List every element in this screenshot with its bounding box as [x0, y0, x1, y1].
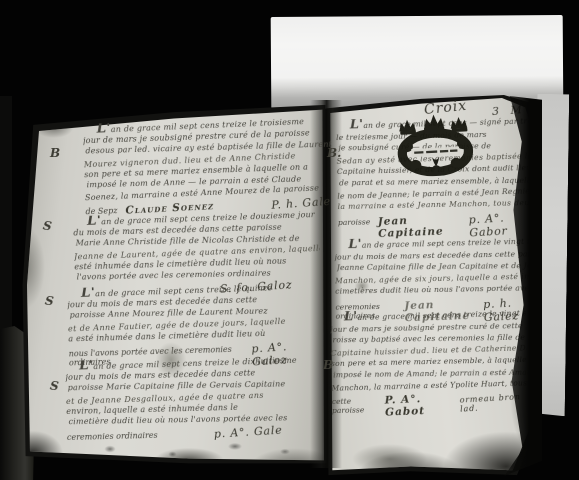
baptism-entry: L'an de grace mil sept cens treize le vi… — [330, 307, 528, 419]
burial-entry: L'an de grace mil sept cens treize le di… — [65, 354, 313, 443]
baptism-entry: L'an de grace mil sept cens treize le tr… — [82, 115, 331, 218]
entry-closing: cette paroisse P. A°. Gabot ormeau bron … — [332, 391, 528, 419]
background-shadow — [0, 96, 12, 332]
archival-scan: B S S S B. B Croix 3 M L'an de grace mil… — [0, 0, 579, 480]
margin-mark: B — [50, 146, 60, 160]
backing-sheet — [271, 15, 564, 109]
signature-name: P. A°. Gabot — [384, 392, 452, 419]
closing-text: ceremonies ordinaires — [67, 431, 158, 442]
closing-text: paroisse — [338, 217, 370, 227]
margin-mark: S — [44, 294, 54, 309]
closing-text: cette paroisse — [332, 396, 377, 415]
margin-mark: S — [49, 379, 59, 394]
generalite-stamp-icon — [387, 112, 482, 179]
margin-mark: S — [42, 218, 53, 233]
